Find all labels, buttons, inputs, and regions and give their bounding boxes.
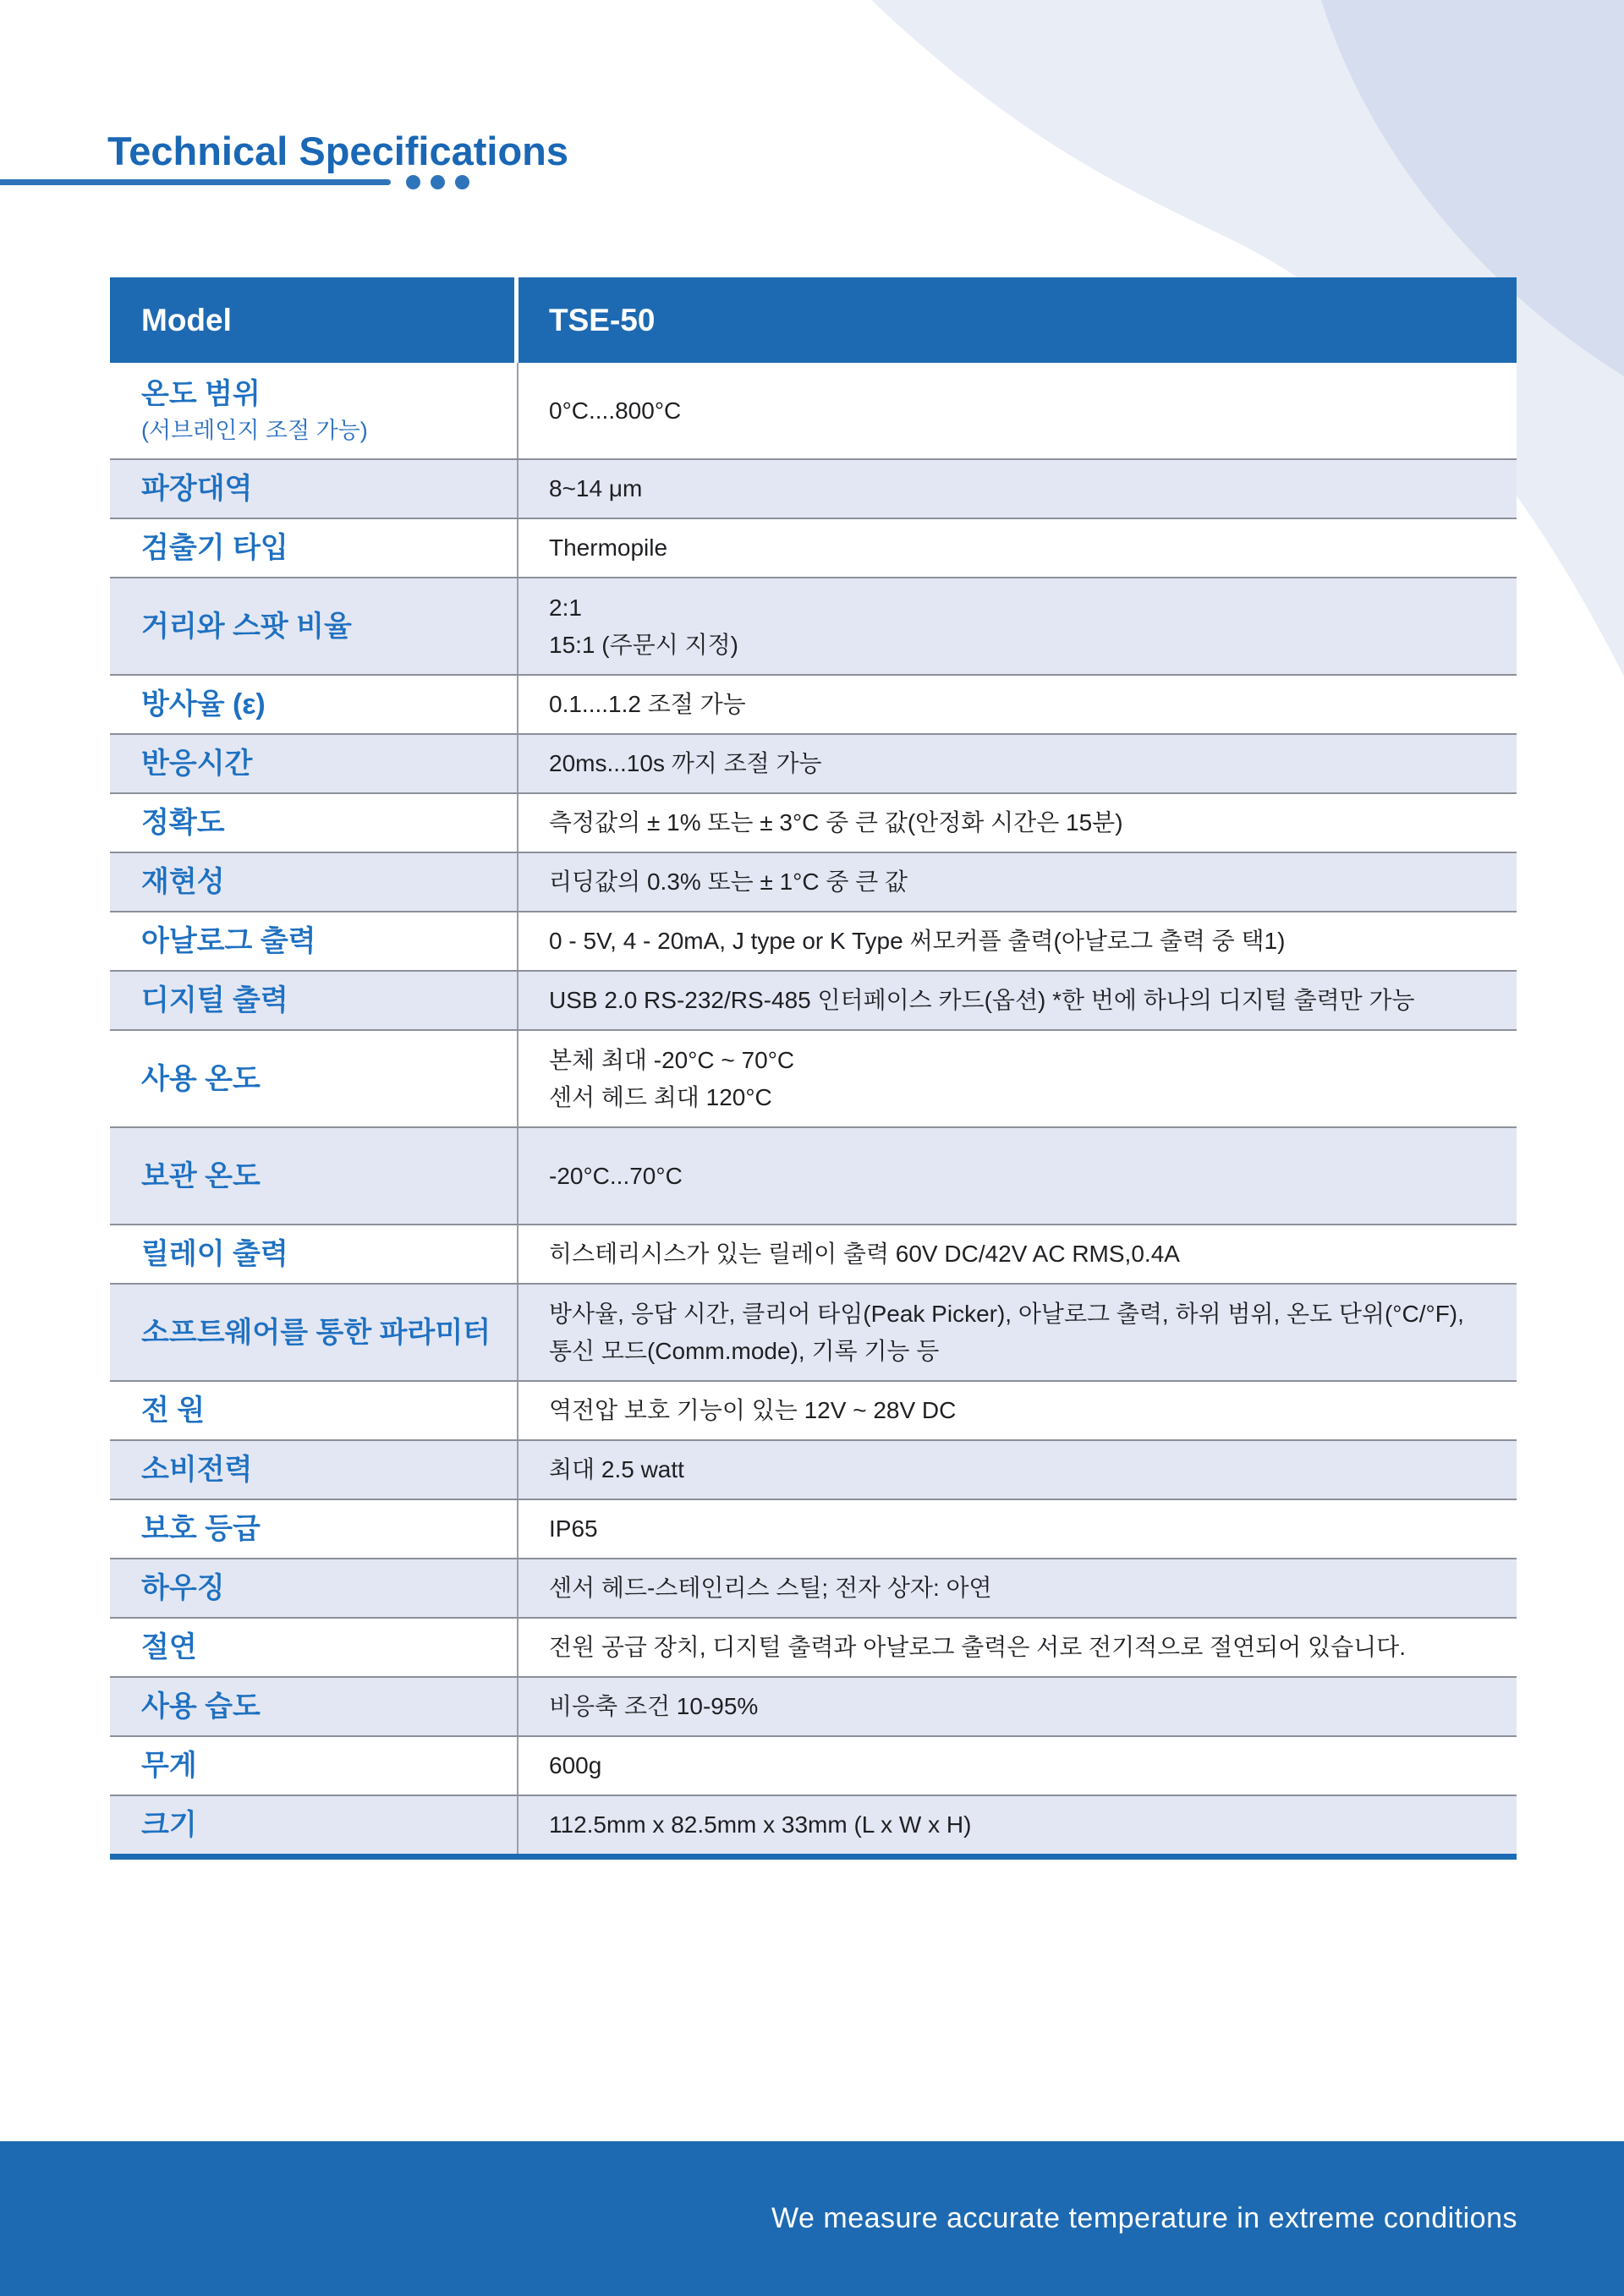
spec-value: 측정값의 ± 1% 또는 ± 3°C 중 큰 값(안정화 시간은 15분) bbox=[518, 794, 1517, 852]
spec-label: 파장대역 bbox=[141, 472, 500, 506]
spec-label: 재현성 bbox=[141, 865, 500, 899]
spec-label: 보관 온도 bbox=[141, 1159, 500, 1193]
table-row: 파장대역 8~14 μm bbox=[110, 458, 1517, 518]
spec-value-line: 본체 최대 -20°C ~ 70°C bbox=[549, 1042, 1496, 1079]
spec-label: 릴레이 출력 bbox=[141, 1237, 500, 1271]
spec-value: 방사율, 응답 시간, 클리어 타임(Peak Picker), 아날로그 출력… bbox=[518, 1285, 1517, 1380]
table-row: 사용 온도 본체 최대 -20°C ~ 70°C센서 헤드 최대 120°C bbox=[110, 1029, 1517, 1126]
spec-value-line: 리딩값의 0.3% 또는 ± 1°C 중 큰 값 bbox=[549, 863, 1496, 901]
spec-label: 전 원 bbox=[141, 1394, 500, 1427]
table-row: 정확도 측정값의 ± 1% 또는 ± 3°C 중 큰 값(안정화 시간은 15분… bbox=[110, 792, 1517, 852]
table-row: 검출기 타입 Thermopile bbox=[110, 518, 1517, 577]
spec-value-line: IP65 bbox=[549, 1510, 1496, 1548]
spec-value: 최대 2.5 watt bbox=[518, 1441, 1517, 1499]
table-row: 소비전력 최대 2.5 watt bbox=[110, 1439, 1517, 1499]
spec-label: 아날로그 출력 bbox=[141, 924, 500, 958]
spec-value-line: Thermopile bbox=[549, 529, 1496, 567]
table-row: 릴레이 출력 히스테리시스가 있는 릴레이 출력 60V DC/42V AC R… bbox=[110, 1224, 1517, 1283]
spec-label: 보호 등급 bbox=[141, 1512, 500, 1546]
spec-value: -20°C...70°C bbox=[518, 1128, 1517, 1224]
spec-value-line: 0 - 5V, 4 - 20mA, J type or K Type 써모커플 … bbox=[549, 923, 1496, 960]
spec-value: 0 - 5V, 4 - 20mA, J type or K Type 써모커플 … bbox=[518, 912, 1517, 970]
spec-label: 사용 습도 bbox=[141, 1690, 500, 1723]
table-row: 보관 온도 -20°C...70°C bbox=[110, 1126, 1517, 1224]
table-row: 무게 600g bbox=[110, 1735, 1517, 1795]
spec-value-line: USB 2.0 RS-232/RS-485 인터페이스 카드(옵션) *한 번에… bbox=[549, 982, 1496, 1019]
table-row: 반응시간 20ms...10s 까지 조절 가능 bbox=[110, 733, 1517, 792]
dot-icon bbox=[406, 175, 420, 189]
spec-value: 히스테리시스가 있는 릴레이 출력 60V DC/42V AC RMS,0.4A bbox=[518, 1225, 1517, 1283]
table-row: 보호 등급 IP65 bbox=[110, 1499, 1517, 1558]
spec-value-line: 비응축 조건 10-95% bbox=[549, 1688, 1496, 1725]
title-underline bbox=[0, 179, 391, 185]
spec-value: 112.5mm x 82.5mm x 33mm (L x W x H) bbox=[518, 1796, 1517, 1854]
spec-label: 하우징 bbox=[141, 1571, 500, 1605]
spec-value: Thermopile bbox=[518, 519, 1517, 577]
spec-value-line: 15:1 (주문시 지정) bbox=[549, 627, 1496, 664]
spec-label: 무게 bbox=[141, 1749, 500, 1783]
spec-table-body: 온도 범위 (서브레인지 조절 가능) 0°C....800°C 파장대역 8~… bbox=[110, 363, 1517, 1854]
spec-value: 본체 최대 -20°C ~ 70°C센서 헤드 최대 120°C bbox=[518, 1031, 1517, 1126]
spec-label: 검출기 타입 bbox=[141, 531, 500, 565]
spec-value-line: 방사율, 응답 시간, 클리어 타임(Peak Picker), 아날로그 출력… bbox=[549, 1296, 1496, 1333]
dot-icon bbox=[431, 175, 445, 189]
spec-value-line: 히스테리시스가 있는 릴레이 출력 60V DC/42V AC RMS,0.4A bbox=[549, 1236, 1496, 1273]
spec-value: 전원 공급 장치, 디지털 출력과 아날로그 출력은 서로 전기적으로 절연되어… bbox=[518, 1619, 1517, 1676]
spec-value: 리딩값의 0.3% 또는 ± 1°C 중 큰 값 bbox=[518, 853, 1517, 911]
spec-label: 방사율 (ε) bbox=[141, 688, 500, 721]
table-row: 거리와 스팟 비율 2:115:1 (주문시 지정) bbox=[110, 577, 1517, 674]
spec-value: 0.1....1.2 조절 가능 bbox=[518, 676, 1517, 733]
footer-tagline: We measure accurate temperature in extre… bbox=[771, 2202, 1517, 2235]
dot-icon bbox=[455, 175, 469, 189]
spec-value-line: 역전압 보호 기능이 있는 12V ~ 28V DC bbox=[549, 1392, 1496, 1429]
spec-label: 절연 bbox=[141, 1630, 500, 1664]
spec-value: 0°C....800°C bbox=[518, 363, 1517, 458]
spec-label: 온도 범위 bbox=[141, 377, 500, 411]
table-row: 아날로그 출력 0 - 5V, 4 - 20mA, J type or K Ty… bbox=[110, 911, 1517, 970]
table-row: 소프트웨어를 통한 파라미터 방사율, 응답 시간, 클리어 타임(Peak P… bbox=[110, 1283, 1517, 1380]
spec-value: 8~14 μm bbox=[518, 460, 1517, 518]
spec-label: 반응시간 bbox=[141, 747, 500, 781]
spec-label: 디지털 출력 bbox=[141, 984, 500, 1017]
spec-label: 정확도 bbox=[141, 806, 500, 840]
spec-value: 비응축 조건 10-95% bbox=[518, 1678, 1517, 1735]
table-row: 온도 범위 (서브레인지 조절 가능) 0°C....800°C bbox=[110, 363, 1517, 458]
spec-value-line: 2:1 bbox=[549, 589, 1496, 627]
table-row: 디지털 출력 USB 2.0 RS-232/RS-485 인터페이스 카드(옵션… bbox=[110, 970, 1517, 1029]
page-title: Technical Specifications bbox=[107, 128, 568, 174]
spec-label: 거리와 스팟 비율 bbox=[141, 610, 500, 644]
footer-band: We measure accurate temperature in extre… bbox=[0, 2141, 1624, 2296]
title-dots-ornament bbox=[406, 175, 469, 189]
spec-value: 600g bbox=[518, 1737, 1517, 1795]
spec-value-line: 0°C....800°C bbox=[549, 392, 1496, 430]
spec-value-line: 112.5mm x 82.5mm x 33mm (L x W x H) bbox=[549, 1806, 1496, 1844]
model-value-header: TSE-50 bbox=[549, 302, 1496, 339]
spec-value-line: 20ms...10s 까지 조절 가능 bbox=[549, 745, 1496, 782]
spec-value-line: 센서 헤드 최대 120°C bbox=[549, 1079, 1496, 1116]
spec-value: IP65 bbox=[518, 1500, 1517, 1558]
spec-value-line: 측정값의 ± 1% 또는 ± 3°C 중 큰 값(안정화 시간은 15분) bbox=[549, 804, 1496, 841]
table-row: 크기 112.5mm x 82.5mm x 33mm (L x W x H) bbox=[110, 1795, 1517, 1854]
spec-value: 센서 헤드-스테인리스 스틸; 전자 상자: 아연 bbox=[518, 1559, 1517, 1617]
spec-value: USB 2.0 RS-232/RS-485 인터페이스 카드(옵션) *한 번에… bbox=[518, 972, 1517, 1029]
spec-value-line: 8~14 μm bbox=[549, 470, 1496, 507]
spec-label: 소프트웨어를 통한 파라미터 bbox=[141, 1316, 500, 1350]
spec-value-line: 전원 공급 장치, 디지털 출력과 아날로그 출력은 서로 전기적으로 절연되어… bbox=[549, 1629, 1496, 1666]
spec-value-line: 통신 모드(Comm.mode), 기록 기능 등 bbox=[549, 1333, 1496, 1370]
table-row: 재현성 리딩값의 0.3% 또는 ± 1°C 중 큰 값 bbox=[110, 852, 1517, 911]
table-row: 절연 전원 공급 장치, 디지털 출력과 아날로그 출력은 서로 전기적으로 절… bbox=[110, 1617, 1517, 1676]
spec-value-line: -20°C...70°C bbox=[549, 1158, 1496, 1195]
table-row: 전 원 역전압 보호 기능이 있는 12V ~ 28V DC bbox=[110, 1380, 1517, 1439]
spec-label: 크기 bbox=[141, 1808, 500, 1842]
spec-label: 소비전력 bbox=[141, 1453, 500, 1487]
spec-value: 2:115:1 (주문시 지정) bbox=[518, 578, 1517, 674]
spec-value-line: 600g bbox=[549, 1747, 1496, 1784]
spec-value-line: 센서 헤드-스테인리스 스틸; 전자 상자: 아연 bbox=[549, 1570, 1496, 1607]
spec-table-header: Model TSE-50 bbox=[110, 277, 1517, 363]
table-row: 하우징 센서 헤드-스테인리스 스틸; 전자 상자: 아연 bbox=[110, 1558, 1517, 1617]
spec-value-line: 최대 2.5 watt bbox=[549, 1451, 1496, 1488]
spec-sublabel: (서브레인지 조절 가능) bbox=[141, 417, 500, 444]
spec-table: Model TSE-50 온도 범위 (서브레인지 조절 가능) 0°C....… bbox=[110, 277, 1517, 1860]
table-row: 방사율 (ε) 0.1....1.2 조절 가능 bbox=[110, 674, 1517, 733]
spec-label: 사용 온도 bbox=[141, 1062, 500, 1096]
table-row: 사용 습도 비응축 조건 10-95% bbox=[110, 1676, 1517, 1735]
spec-value: 역전압 보호 기능이 있는 12V ~ 28V DC bbox=[518, 1382, 1517, 1439]
model-column-header: Model bbox=[141, 303, 497, 338]
spec-value: 20ms...10s 까지 조절 가능 bbox=[518, 735, 1517, 792]
spec-value-line: 0.1....1.2 조절 가능 bbox=[549, 686, 1496, 723]
